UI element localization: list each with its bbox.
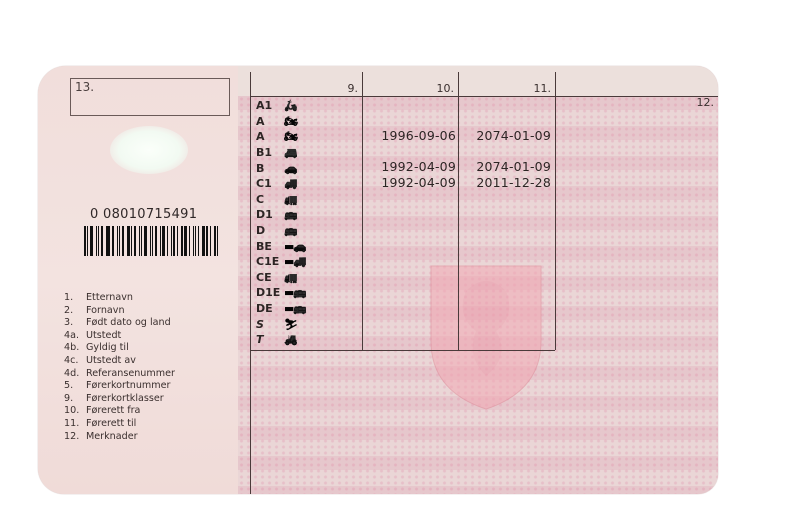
field-label-item: 2.Fornavn [64,305,175,318]
valid-from-date: 1992-04-09 [381,175,456,190]
field-label-item: 10.Førerett fra [64,405,175,418]
field-label-number: 10. [64,405,86,418]
table-row: BE▬🚗 [256,238,306,254]
field-13-box: 13. [70,78,230,116]
licence-category: T [256,333,284,346]
field-label-item: 4c.Utstedt av [64,355,175,368]
table-row: A🏍 [256,114,297,130]
light-truck-icon: 🚚 [284,177,297,190]
field-label-item: 4d.Referansenummer [64,368,175,381]
table-column-divider [458,72,459,350]
table-column-divider [555,72,556,350]
licence-category: DE [256,302,284,315]
field-label-text: Førerett fra [86,405,140,418]
table-row: D1🚌 [256,207,297,223]
truck-trailer-icon: 🚛 [284,271,297,284]
field-label-number: 11. [64,418,86,431]
moped-icon: 🛵 [284,99,297,112]
field-13-label: 13. [75,80,94,94]
field-label-text: Etternavn [86,292,133,305]
field-label-text: Gyldig til [86,342,129,355]
valid-to-date: 2074-01-09 [476,159,551,174]
table-bottom-divider [250,350,555,351]
table-row: A1🛵 [256,98,297,114]
field-label-number: 5. [64,380,86,393]
field-label-text: Utstedt av [86,355,136,368]
licence-category: A1 [256,99,284,112]
field-label-number: 4c. [64,355,86,368]
table-row: D🚌 [256,223,297,239]
table-column-header: 9. [348,82,359,95]
field-label-number: 12. [64,431,86,444]
table-row: C1🚚 [256,176,297,192]
licence-category: D1 [256,208,284,221]
table-row: CE🚛 [256,270,297,286]
left-panel: 13. 0 08010715491 1.Etternavn2.Fornavn3.… [38,66,238,494]
field-label-item: 11.Førerett til [64,418,175,431]
field-label-number: 3. [64,317,86,330]
table-column-divider [250,72,251,494]
licence-category: C1 [256,177,284,190]
table-column-header: 10. [437,82,455,95]
field-label-item: 4b.Gyldig til [64,342,175,355]
licence-category: BE [256,240,284,253]
table-row: C1E▬🚚 [256,254,306,270]
table-row: C🚛 [256,192,297,208]
field-label-text: Referansenummer [86,368,175,381]
field-label-text: Førerkortnummer [86,380,170,393]
table-row: T🚜 [256,332,297,348]
table-row: DE▬🚌 [256,301,306,317]
minibus-icon: 🚌 [284,208,297,221]
field-label-text: Førerett til [86,418,136,431]
field-label-number: 1. [64,292,86,305]
licence-category: CE [256,271,284,284]
field-label-item: 5.Førerkortnummer [64,380,175,393]
snowmobile-icon: ⛷ [284,318,297,331]
tractor-icon: 🚜 [284,333,297,346]
bus-icon: 🚌 [284,224,297,237]
small-vehicle-icon: 🚐 [284,146,297,159]
minibus-trailer-icon: ▬🚌 [284,286,306,299]
table-row: D1E▬🚌 [256,285,306,301]
motorcycle-icon: 🏍 [284,130,297,143]
field-label-item: 1.Etternavn [64,292,175,305]
table-row: B🚗 [256,160,297,176]
document-number: 0 08010715491 [90,207,197,222]
field-label-item: 3.Født dato og land [64,317,175,330]
field-label-text: Født dato og land [86,317,171,330]
field-label-number: 4a. [64,330,86,343]
table-row: B1🚐 [256,145,297,161]
field-label-item: 4a.Utstedt [64,330,175,343]
licence-category: C [256,193,284,206]
field-label-number: 2. [64,305,86,318]
car-trailer-icon: ▬🚗 [284,240,306,253]
motorcycle-icon: 🏍 [284,115,297,128]
table-column-header: 11. [534,82,552,95]
bus-trailer-icon: ▬🚌 [284,302,306,315]
table-row: A🏍 [256,129,297,145]
field-label-item: 12.Merknader [64,431,175,444]
licence-category: A [256,130,284,143]
table-row: S⛷ [256,316,297,332]
valid-to-date: 2074-01-09 [476,128,551,143]
licence-category: D1E [256,286,284,299]
barcode-icon [84,226,220,256]
field-label-item: 9.Førerkortklasser [64,393,175,406]
table-header-divider [250,96,718,97]
valid-to-date: 2011-12-28 [476,175,551,190]
hologram-icon [110,126,188,174]
field-label-text: Utstedt [86,330,121,343]
licence-category: B [256,162,284,175]
valid-from-date: 1992-04-09 [381,159,456,174]
field-label-number: 4b. [64,342,86,355]
licence-category: D [256,224,284,237]
field-label-number: 9. [64,393,86,406]
driving-licence-card: 13. 0 08010715491 1.Etternavn2.Fornavn3.… [38,66,718,494]
table-column-divider [362,72,363,350]
licence-category: A [256,115,284,128]
field-label-text: Merknader [86,431,138,444]
truck-icon: 🚛 [284,193,297,206]
licence-class-table: 9.10.11.12.A1🛵A🏍A🏍1996-09-062074-01-09B1… [250,72,718,424]
car-icon: 🚗 [284,162,297,175]
light-truck-trailer-icon: ▬🚚 [284,255,306,268]
licence-category: C1E [256,255,284,268]
field-label-number: 4d. [64,368,86,381]
licence-category: B1 [256,146,284,159]
licence-category: S [256,318,284,331]
table-column-header: 12. [697,96,715,109]
field-label-text: Fornavn [86,305,125,318]
field-label-text: Førerkortklasser [86,393,164,406]
field-label-list: 1.Etternavn2.Fornavn3.Født dato og land4… [64,292,175,443]
valid-from-date: 1996-09-06 [381,128,456,143]
